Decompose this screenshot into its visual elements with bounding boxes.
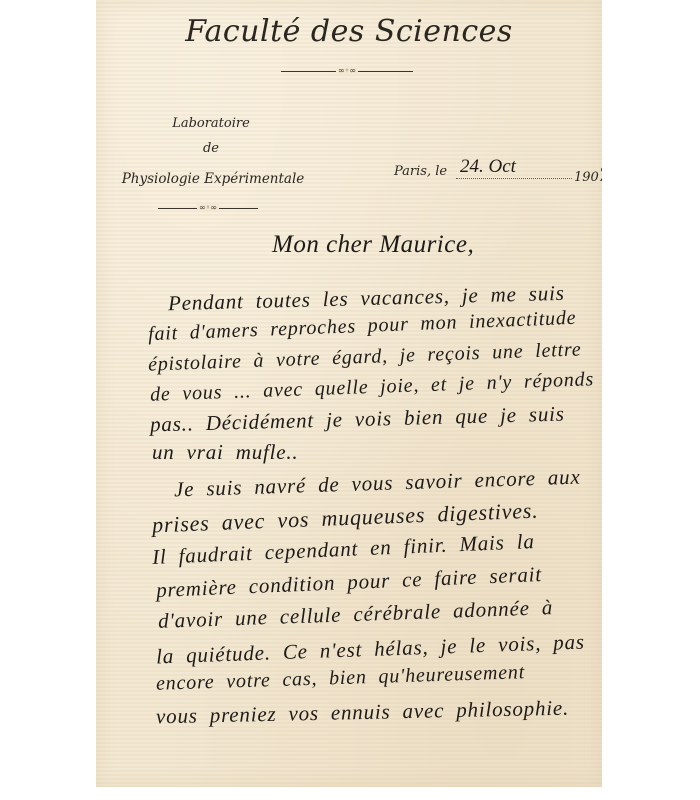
letterhead-title: Faculté des Sciences (96, 14, 602, 49)
date-place-prefix: Paris, le (394, 164, 447, 179)
ornament-knot-icon: ∞◦∞ (197, 204, 219, 212)
date-year-handwritten-digit: 7 (599, 164, 602, 186)
ornament-knot-icon: ∞◦∞ (336, 67, 358, 75)
letter-line: Je suis navré de vous savoir encore aux (174, 465, 581, 503)
date-year: 1907 (574, 164, 602, 187)
letter-line: d'avoir une cellule cérébrale adonnée à (158, 595, 554, 634)
letter-line: un vrai mufle.. (152, 440, 298, 465)
letter-paper: Faculté des Sciences ∞◦∞ Laboratoire de … (96, 0, 602, 787)
date-handwritten-day: 24. Oct (460, 156, 516, 178)
letter-line: pas.. Décidément je vois bien que je sui… (150, 402, 565, 438)
department-ornament-divider: ∞◦∞ (158, 208, 258, 209)
date-dotted-rule (456, 178, 572, 179)
scanned-letter: Faculté des Sciences ∞◦∞ Laboratoire de … (0, 0, 700, 800)
department-line-de: de (116, 141, 306, 156)
letter-line: vous preniez vos ennuis avec philosophie… (156, 696, 570, 730)
department-line-laboratoire: Laboratoire (116, 116, 306, 131)
date-line: Paris, le 24. Oct 1907 (394, 158, 602, 188)
date-year-printed: 190 (574, 170, 599, 185)
letter-salutation: Mon cher Maurice, (272, 231, 474, 259)
letterhead-ornament-divider: ∞◦∞ (281, 71, 413, 72)
department-line-physiologie: Physiologie Expérimentale (110, 171, 316, 187)
